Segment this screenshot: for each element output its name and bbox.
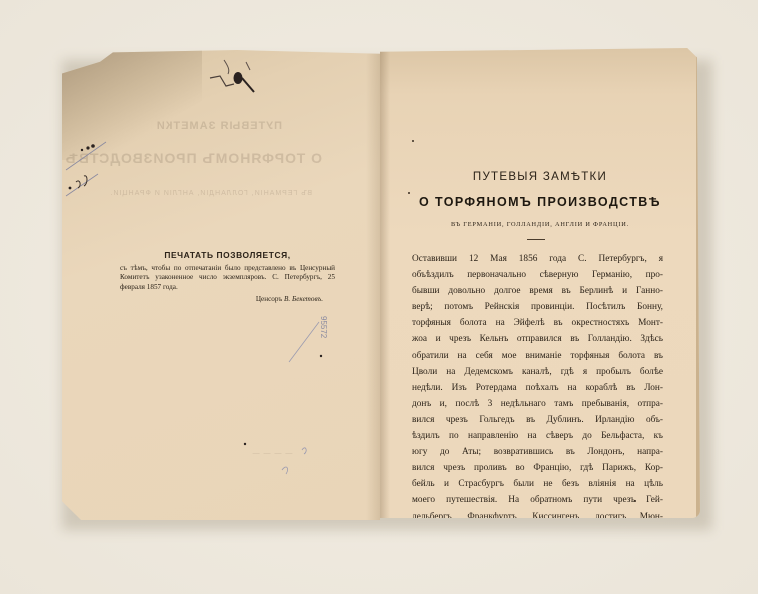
handwritten-mark-top	[202, 56, 272, 96]
text-line: жоа и чрезъ Кельнъ отправился въ Голланд…	[412, 331, 663, 347]
right-page: ПУТЕВЫЯ ЗАМѢТКИ О ТОРФЯНОМЪ ПРОИЗВОДСТВѢ…	[380, 48, 700, 518]
subtitle: ВЪ ГЕРМАНІИ, ГОЛЛАНДІИ, АНГЛІИ И ФРАНЦІИ…	[380, 221, 700, 228]
gutter-shadow	[366, 50, 380, 520]
body-text: Оставивши 12 Мая 1856 года С. Петербургъ…	[412, 251, 663, 518]
ink-spot	[634, 500, 636, 502]
bleed-through-footer: — — — —	[232, 450, 312, 457]
text-line: югу до Аты; возвратившись въ Лондонъ, на…	[412, 444, 663, 460]
censor-approval: ПЕЧАТАТЬ ПОЗВОЛЯЕТСЯ, съ тѣмъ, чтобы по …	[120, 250, 335, 303]
text-line: Оставивши 12 Мая 1856 года С. Петербургъ…	[412, 251, 663, 267]
censor-sign-name: В. Бекетовъ.	[284, 295, 323, 303]
bleed-through-main-title: О ТОРФЯНОМЪ ПРОИЗВОДСТВѢ	[102, 150, 322, 166]
bleed-through-subtitle: ВЪ ГЕРМАНІИ, ГОЛЛАНДІИ, АНГЛІИ И ФРАНЦІИ…	[132, 190, 312, 197]
text-line: недѣли. Изъ Ротердама поѣхалъ на кораблѣ…	[412, 380, 663, 396]
divider	[527, 239, 545, 240]
text-line: Цволи на Дедемскомъ каналѣ, гдѣ я пробыл…	[412, 364, 663, 380]
ink-spot	[412, 140, 414, 142]
text-line: вился чрезъ проливъ во Францію, гдѣ Пари…	[412, 460, 663, 476]
text-line: донъ и, послѣ 3 недѣльнаго тамъ пребыван…	[412, 396, 663, 412]
svg-text:95572: 95572	[319, 316, 327, 339]
bleed-through-title: ПУТЕВЫЯ ЗАМЕТКИ	[162, 120, 282, 132]
censor-heading: ПЕЧАТАТЬ ПОЗВОЛЯЕТСЯ,	[120, 250, 335, 260]
text-line: вился чрезъ Гольгедъ въ Дублинъ. Ирланді…	[412, 412, 663, 428]
left-page: ПУТЕВЫЯ ЗАМЕТКИ О ТОРФЯНОМЪ ПРОИЗВОДСТВѢ…	[62, 50, 380, 520]
pencil-stamp-number: 95572	[287, 310, 327, 370]
handwritten-mark-left	[62, 130, 112, 200]
text-line: бейль и Страсбургъ были не безъ вліянія …	[412, 476, 663, 492]
text-line: торфяныя болота на Эйфелѣ въ окрестностя…	[412, 315, 663, 331]
censor-signature: Ценсоръ В. Бекетовъ.	[120, 295, 335, 303]
text-line: бывши довольно долгое время въ Берлинѣ и…	[412, 283, 663, 299]
gutter-shadow	[380, 48, 390, 518]
pencil-marks-bottom	[242, 440, 312, 480]
censor-body: съ тѣмъ, чтобы по отпечатаніи было предс…	[120, 264, 335, 292]
text-line: моего путешествія. На обратномъ пути чре…	[412, 492, 663, 508]
main-title: О ТОРФЯНОМЪ ПРОИЗВОДСТВѢ	[380, 195, 700, 209]
text-line: объѣздилъ первоначально сѣверную Германі…	[412, 267, 663, 283]
censor-sign-label: Ценсоръ	[256, 295, 282, 303]
ink-spot	[408, 192, 410, 194]
text-line: ѣздилъ по направленію на сѣверъ до Бельф…	[412, 428, 663, 444]
text-line: верѣ; потомъ Рейнскія провинціи. Посѣтил…	[412, 299, 663, 315]
text-line: обратили на себя мое вниманіе торфяныя б…	[412, 348, 663, 364]
text-line: дельбергъ, Франкфуртъ, Киссингенъ, дости…	[412, 509, 663, 519]
page-title: ПУТЕВЫЯ ЗАМѢТКИ	[380, 171, 700, 183]
